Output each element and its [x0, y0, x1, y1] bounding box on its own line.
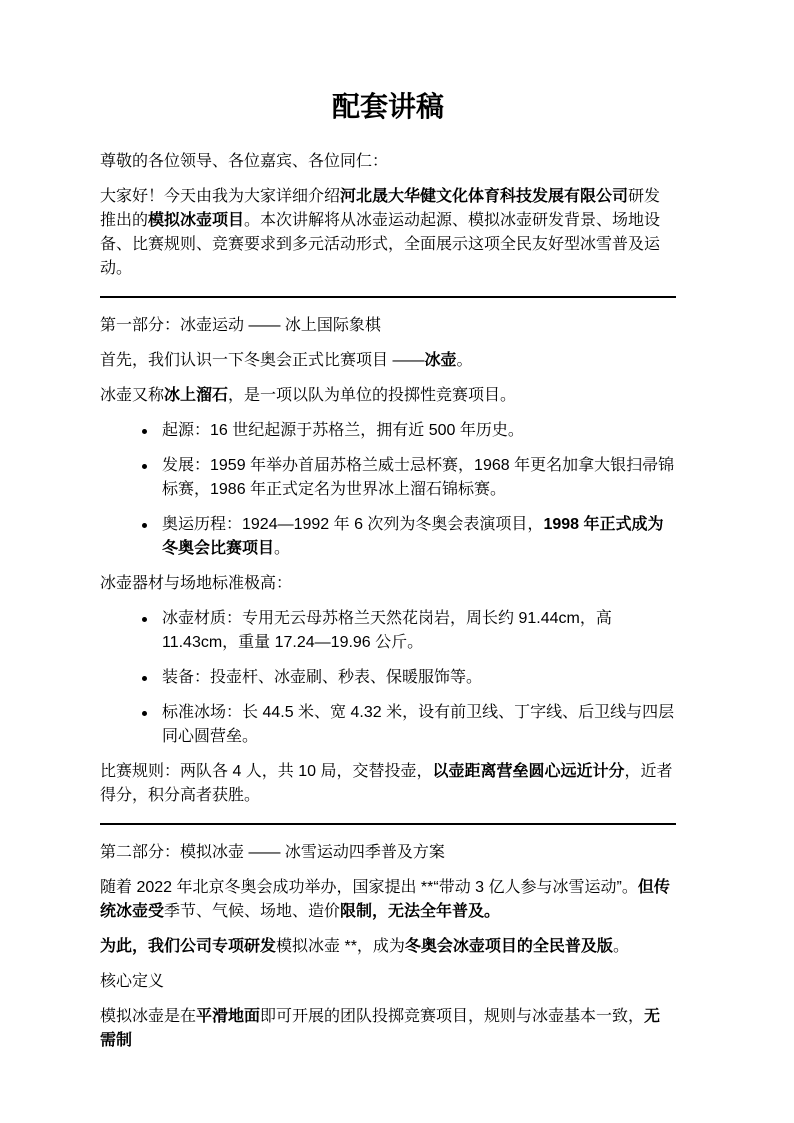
bullet-item: 发展：1959 年举办首届苏格兰威士忌杯赛，1968 年更名加拿大银扫帚锦标赛，…	[162, 454, 676, 502]
text-run: 标准冰场：长 44.5 米、宽 4.32 米，设有前卫线、丁字线、后卫线与四层同…	[162, 704, 674, 745]
bullet-item: 冰壶材质：专用无云母苏格兰天然花岗岩，周长约 91.44cm，高 11.43cm…	[162, 607, 676, 655]
text-run: 起源：16 世纪起源于苏格兰，拥有近 500 年历史。	[162, 422, 524, 439]
text-run: 第二部分：模拟冰壶 —— 冰雪运动四季普及方案	[100, 844, 445, 861]
bullet-icon	[142, 429, 147, 434]
section-2-heading: 第二部分：模拟冰壶 —— 冰雪运动四季普及方案	[100, 841, 676, 865]
paragraph-equipment-intro: 冰壶器材与场地标准极高：	[100, 572, 676, 596]
text-run: ，是一项以队为单位的投掷性竞赛项目。	[228, 387, 516, 404]
bullet-item: 奥运历程：1924—1992 年 6 次列为冬奥会表演项目，1998 年正式成为…	[162, 513, 676, 561]
section-2-divider	[100, 823, 676, 825]
text-run: 奥运历程：1924—1992 年 6 次列为冬奥会表演项目，	[162, 516, 543, 533]
paragraph-curling-alias: 冰壶又称冰上溜石，是一项以队为单位的投掷性竞赛项目。	[100, 384, 676, 408]
text-run: 装备：投壶杆、冰壶刷、秒表、保暖服饰等。	[162, 669, 482, 686]
text-run: 模拟冰壶是在	[100, 1008, 196, 1025]
text-run: 首先，我们认识一下冬奥会正式比赛项目 ——	[100, 352, 424, 369]
intro-paragraph: 大家好！今天由我为大家详细介绍河北晟大华健文化体育科技发展有限公司研发推出的模拟…	[100, 185, 676, 281]
bullet-icon	[142, 523, 147, 528]
paragraph-definition: 模拟冰壶是在平滑地面即可开展的团队投掷竞赛项目，规则与冰壶基本一致，无需制	[100, 1005, 676, 1053]
text-run: 。	[456, 352, 472, 369]
text-run: 随着 2022 年北京冬奥会成功举办，国家提出 **“带动 3 亿人参与冰雪运动…	[100, 879, 638, 896]
paragraph-development: 为此，我们公司专项研发模拟冰壶 **，成为冬奥会冰壶项目的全民普及版。	[100, 935, 676, 959]
bold-text-run: 冬奥会冰壶项目的全民普及版	[405, 938, 613, 955]
text-run: 大家好！今天由我为大家详细介绍	[100, 188, 340, 205]
paragraph-rules: 比赛规则：两队各 4 人，共 10 局，交替投壶，以壶距离营垒圆心远近计分，近者…	[100, 760, 676, 808]
history-list: 起源：16 世纪起源于苏格兰，拥有近 500 年历史。发展：1959 年举办首届…	[100, 419, 676, 561]
document-body: 尊敬的各位领导、各位嘉宾、各位同仁：大家好！今天由我为大家详细介绍河北晟大华健文…	[100, 150, 676, 1053]
document-title: 配套讲稿	[100, 90, 676, 124]
text-run: 。	[274, 540, 290, 557]
section-1-heading: 第一部分：冰壶运动 —— 冰上国际象棋	[100, 314, 676, 338]
bullet-item: 装备：投壶杆、冰壶刷、秒表、保暖服饰等。	[162, 666, 676, 690]
bullet-icon	[142, 464, 147, 469]
bold-text-run: 冰壶	[424, 352, 456, 369]
bullet-item: 标准冰场：长 44.5 米、宽 4.32 米，设有前卫线、丁字线、后卫线与四层同…	[162, 701, 676, 749]
text-run: 比赛规则：两队各 4 人，共 10 局，交替投壶，	[100, 763, 432, 780]
bullet-icon	[142, 711, 147, 716]
text-run: 模拟冰壶 **，成为	[276, 938, 405, 955]
text-run: 即可开展的团队投掷竞赛项目，规则与冰壶基本一致，	[260, 1008, 644, 1025]
bold-text-run: 限制，无法全年普及。	[340, 903, 500, 920]
paragraph-core-definition-label: 核心定义	[100, 970, 676, 994]
document-page: 配套讲稿 尊敬的各位领导、各位嘉宾、各位同仁：大家好！今天由我为大家详细介绍河北…	[0, 0, 794, 1123]
text-run: 。	[613, 938, 629, 955]
text-run: 发展：1959 年举办首届苏格兰威士忌杯赛，1968 年更名加拿大银扫帚锦标赛，…	[162, 457, 674, 498]
bold-text-run: 平滑地面	[196, 1008, 260, 1025]
text-run: 尊敬的各位领导、各位嘉宾、各位同仁：	[100, 153, 388, 170]
text-run: 季节、气候、场地、造价	[164, 903, 340, 920]
text-run: 第一部分：冰壶运动 —— 冰上国际象棋	[100, 317, 381, 334]
bold-text-run: 为此，我们公司专项研发	[100, 938, 276, 955]
paragraph-background: 随着 2022 年北京冬奥会成功举办，国家提出 **“带动 3 亿人参与冰雪运动…	[100, 876, 676, 924]
text-run: 冰壶又称	[100, 387, 164, 404]
equipment-list: 冰壶材质：专用无云母苏格兰天然花岗岩，周长约 91.44cm，高 11.43cm…	[100, 607, 676, 749]
bold-text-run: 河北晟大华健文化体育科技发展有限公司	[340, 188, 628, 205]
bullet-icon	[142, 676, 147, 681]
bold-text-run: 模拟冰壶项目	[148, 212, 244, 229]
bullet-item: 起源：16 世纪起源于苏格兰，拥有近 500 年历史。	[162, 419, 676, 443]
bold-text-run: 冰上溜石	[164, 387, 228, 404]
paragraph-first-intro: 首先，我们认识一下冬奥会正式比赛项目 ——冰壶。	[100, 349, 676, 373]
text-run: 冰壶器材与场地标准极高：	[100, 575, 292, 592]
text-run: 核心定义	[100, 973, 164, 990]
text-run: 冰壶材质：专用无云母苏格兰天然花岗岩，周长约 91.44cm，高 11.43cm…	[162, 610, 612, 651]
section-1-divider	[100, 296, 676, 298]
greeting: 尊敬的各位领导、各位嘉宾、各位同仁：	[100, 150, 676, 174]
bullet-icon	[142, 617, 147, 622]
bold-text-run: 以壶距离营垒圆心远近计分	[432, 763, 624, 780]
